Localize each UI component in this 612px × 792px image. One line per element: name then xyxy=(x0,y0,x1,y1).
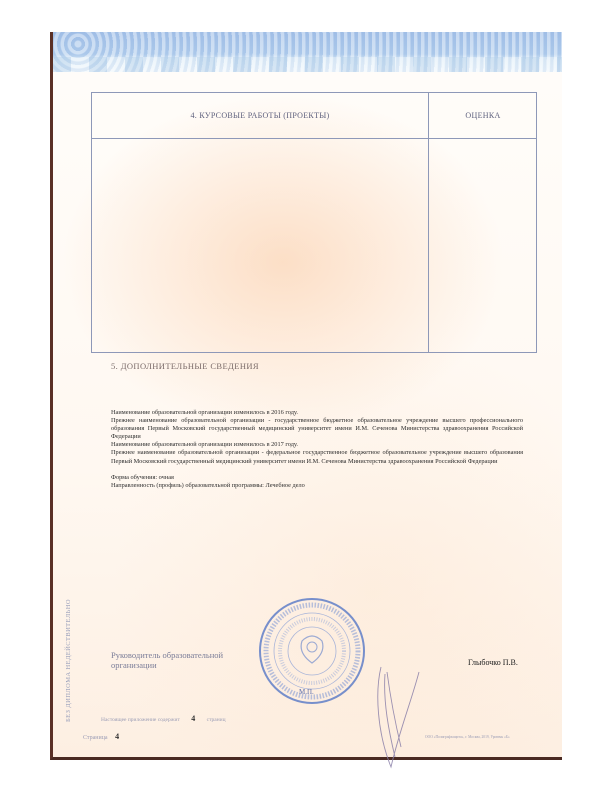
additional-info-text: Наименование образовательной организации… xyxy=(111,409,523,490)
head-label-line: организации xyxy=(111,660,223,670)
info-line: Наименование образовательной организации… xyxy=(111,409,523,417)
program-focus: Направленность (профиль) образовательной… xyxy=(111,482,523,490)
coursework-table: 4. КУРСОВЫЕ РАБОТЫ (ПРОЕКТЫ) ОЦЕНКА xyxy=(91,92,537,353)
page-number: Страница 4 xyxy=(83,732,119,741)
stamp-label: М.П. xyxy=(299,688,314,696)
validity-note: БЕЗ ДИПЛОМА НЕДЕЙСТВИТЕЛЬНО xyxy=(65,599,72,722)
grade-header: ОЦЕНКА xyxy=(428,93,538,138)
info-line: Наименование образовательной организации… xyxy=(111,441,523,449)
info-line: Прежнее наименование образовательной орг… xyxy=(111,417,523,441)
page-label: Страница xyxy=(83,735,108,741)
info-line: Прежнее наименование образовательной орг… xyxy=(111,449,523,465)
head-of-organization-label: Руководитель образовательной организации xyxy=(111,650,223,670)
column-divider xyxy=(428,93,429,352)
diploma-supplement-page: 4. КУРСОВЫЕ РАБОТЫ (ПРОЕКТЫ) ОЦЕНКА 5. Д… xyxy=(50,32,562,760)
head-label-line: Руководитель образовательной xyxy=(111,650,223,660)
study-form: Форма обучения: очная xyxy=(111,474,523,482)
coursework-header: 4. КУРСОВЫЕ РАБОТЫ (ПРОЕКТЫ) xyxy=(92,93,428,138)
additional-info-title: 5. ДОПОЛНИТЕЛЬНЫЕ СВЕДЕНИЯ xyxy=(111,361,259,371)
page-count-line: Настоящее приложение содержит 4 страниц xyxy=(101,714,226,723)
page-number-value: 4 xyxy=(115,732,119,741)
printer-imprint: ООО «Полиграфзащита», г. Москва, 2019, У… xyxy=(425,735,510,739)
signer-name: Глыбочко П.В. xyxy=(468,658,518,667)
page-count: 4 xyxy=(191,714,195,723)
page-count-suffix: страниц xyxy=(207,717,226,723)
header-divider xyxy=(92,138,536,139)
security-pattern-band xyxy=(53,32,562,72)
page-count-prefix: Настоящее приложение содержит xyxy=(101,717,180,723)
signature-icon xyxy=(371,662,431,772)
